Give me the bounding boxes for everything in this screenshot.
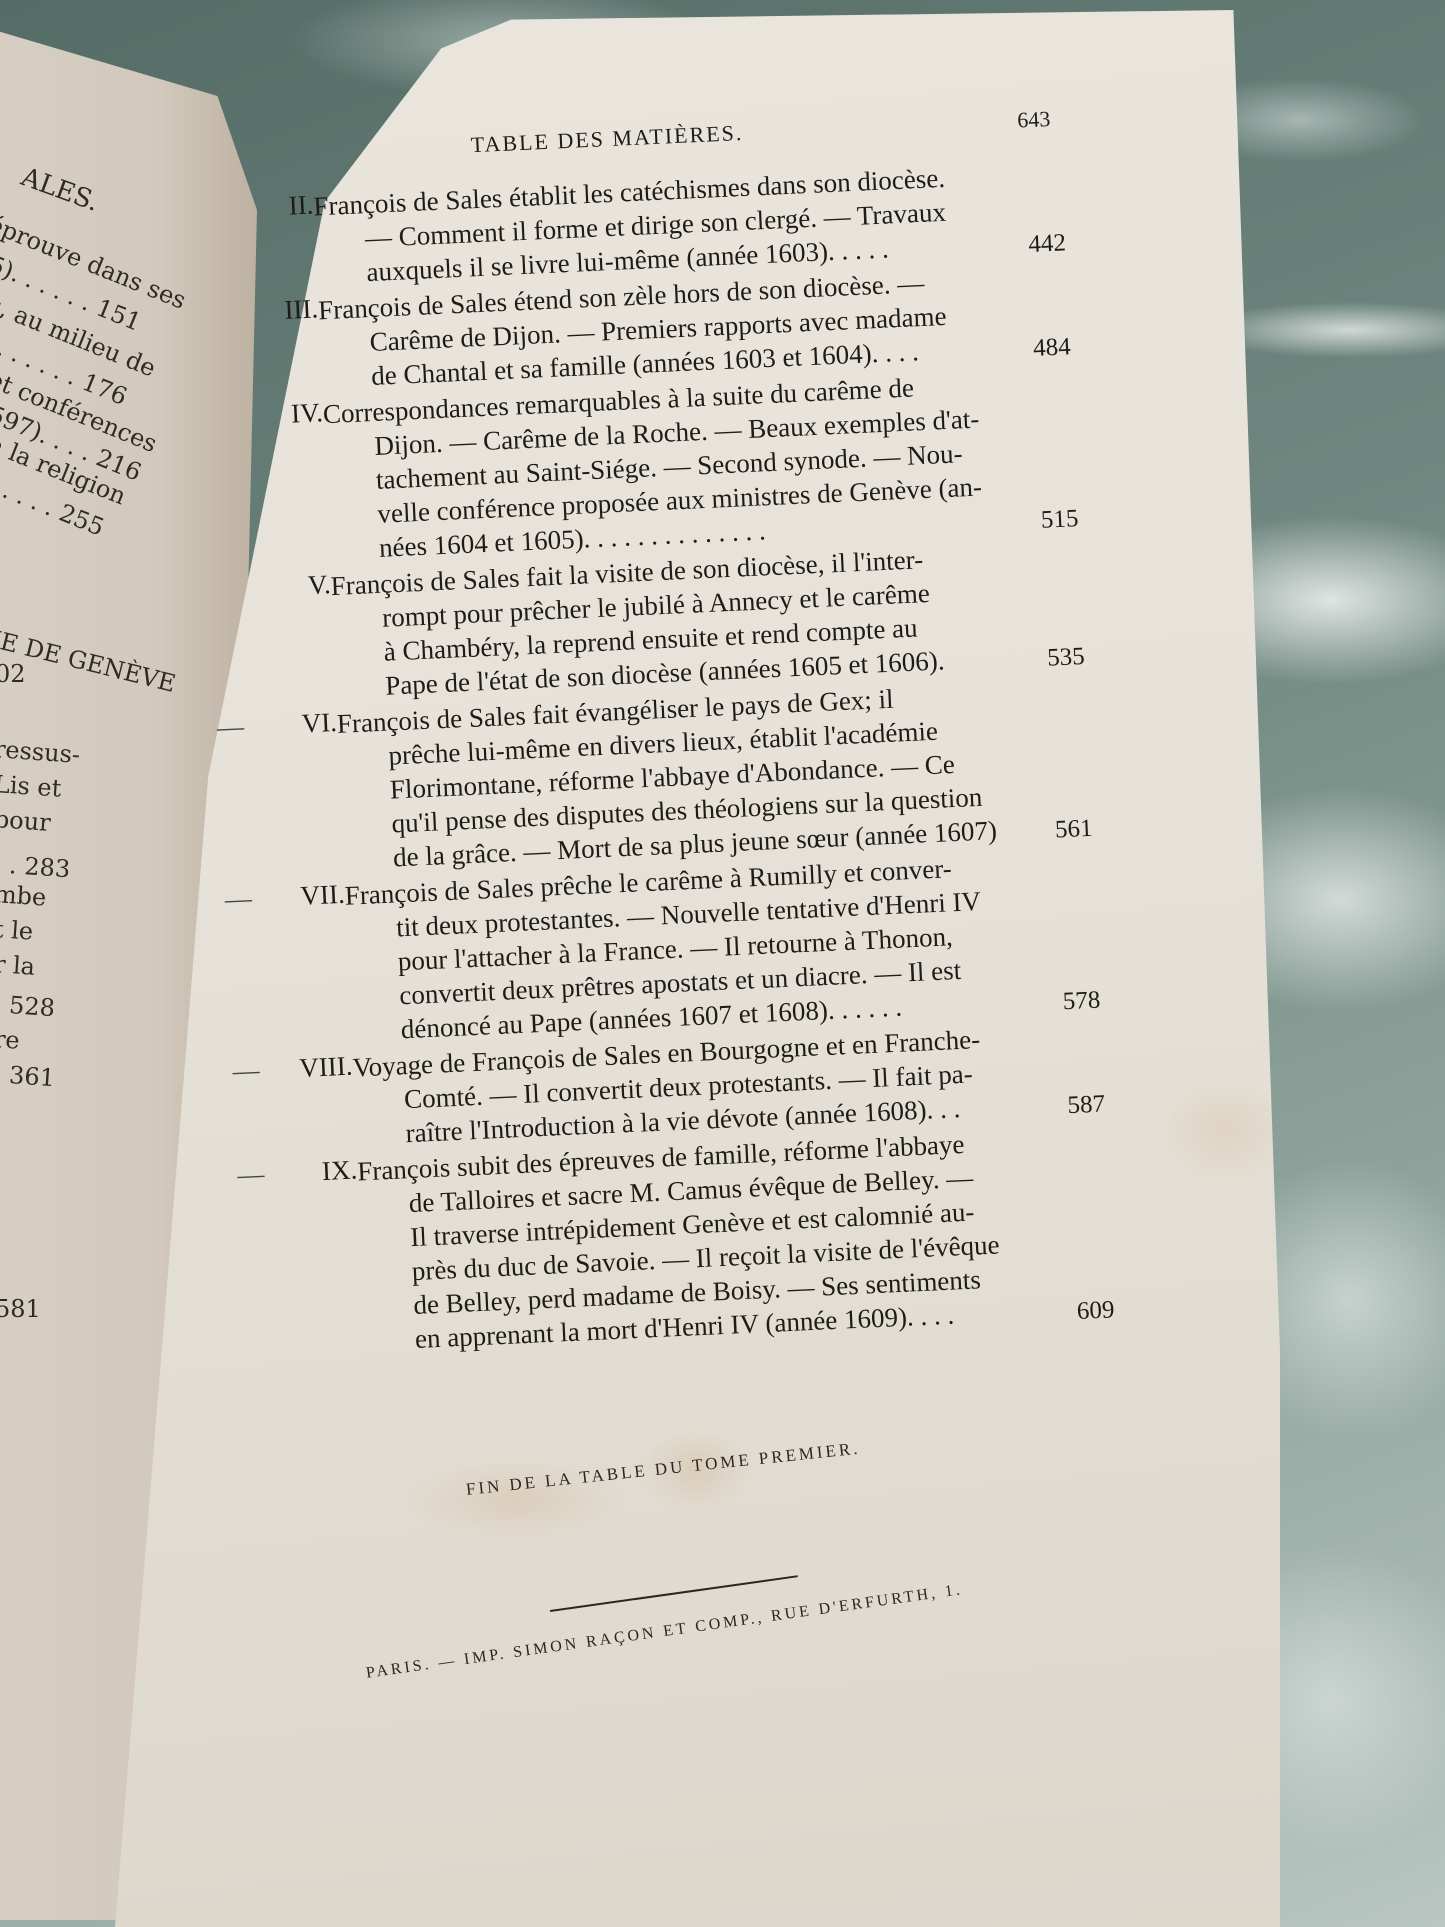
chapter-numeral: VII. <box>274 879 345 913</box>
margin-dash-mark: — <box>216 711 244 743</box>
left-page-line: Lis et <box>0 770 62 803</box>
chapter-numeral: IV. <box>252 397 323 431</box>
entry-page-number: 535 <box>1047 643 1086 673</box>
left-page-line: t le <box>0 915 34 946</box>
toc-entry: —VII.François de Sales prêche le carême … <box>334 845 1101 1049</box>
toc-entry: IV.Correspondances remarquables à la sui… <box>312 363 1079 567</box>
left-page-line: . 361 <box>0 1060 56 1092</box>
left-page-line: IE DE GENÈVE <box>0 625 178 698</box>
entry-page-number: 442 <box>1028 229 1067 259</box>
left-page-line: r la <box>0 950 36 981</box>
left-page-line: pour <box>0 805 52 837</box>
left-page-line: 581 <box>0 1295 41 1323</box>
entry-page-number: 587 <box>1067 1090 1106 1120</box>
entry-page-number: 484 <box>1033 333 1072 363</box>
chapter-numeral: IX. <box>287 1154 358 1188</box>
table-of-contents: TABLE DES MATIÈRES. 643 II.François de S… <box>300 96 1115 1361</box>
entry-page-number: 609 <box>1076 1296 1115 1326</box>
left-page-line: re <box>0 1025 21 1055</box>
entry-page-number: 561 <box>1054 815 1093 845</box>
left-page-line: ressus- <box>0 735 81 769</box>
page-title: TABLE DES MATIÈRES. <box>470 120 744 158</box>
chapter-numeral: II. <box>243 189 314 223</box>
margin-dash-mark: — <box>237 1159 265 1191</box>
left-page-line: . 528 <box>0 990 56 1022</box>
toc-entry: —IX.François subit des épreuves de famil… <box>347 1120 1115 1358</box>
left-page-header: ALES. <box>17 162 103 218</box>
margin-dash-mark: — <box>224 883 252 915</box>
chapter-numeral: VI. <box>266 707 337 741</box>
entry-page-number: 578 <box>1062 987 1101 1017</box>
page-number: 643 <box>1017 106 1051 133</box>
left-page-line: 02 <box>0 660 26 688</box>
toc-entry: —VI.François de Sales fait évangéliser l… <box>326 673 1093 877</box>
left-page-line: mbe <box>0 880 47 912</box>
chapter-numeral: III. <box>248 293 319 327</box>
left-page-line: . . 283 <box>0 850 71 883</box>
toc-entries: II.François de Sales établit les catéchi… <box>303 155 1115 1358</box>
chapter-numeral: V. <box>260 569 331 603</box>
margin-dash-mark: — <box>232 1055 260 1087</box>
chapter-numeral: VIII. <box>282 1051 353 1085</box>
entry-page-number: 515 <box>1040 505 1079 535</box>
